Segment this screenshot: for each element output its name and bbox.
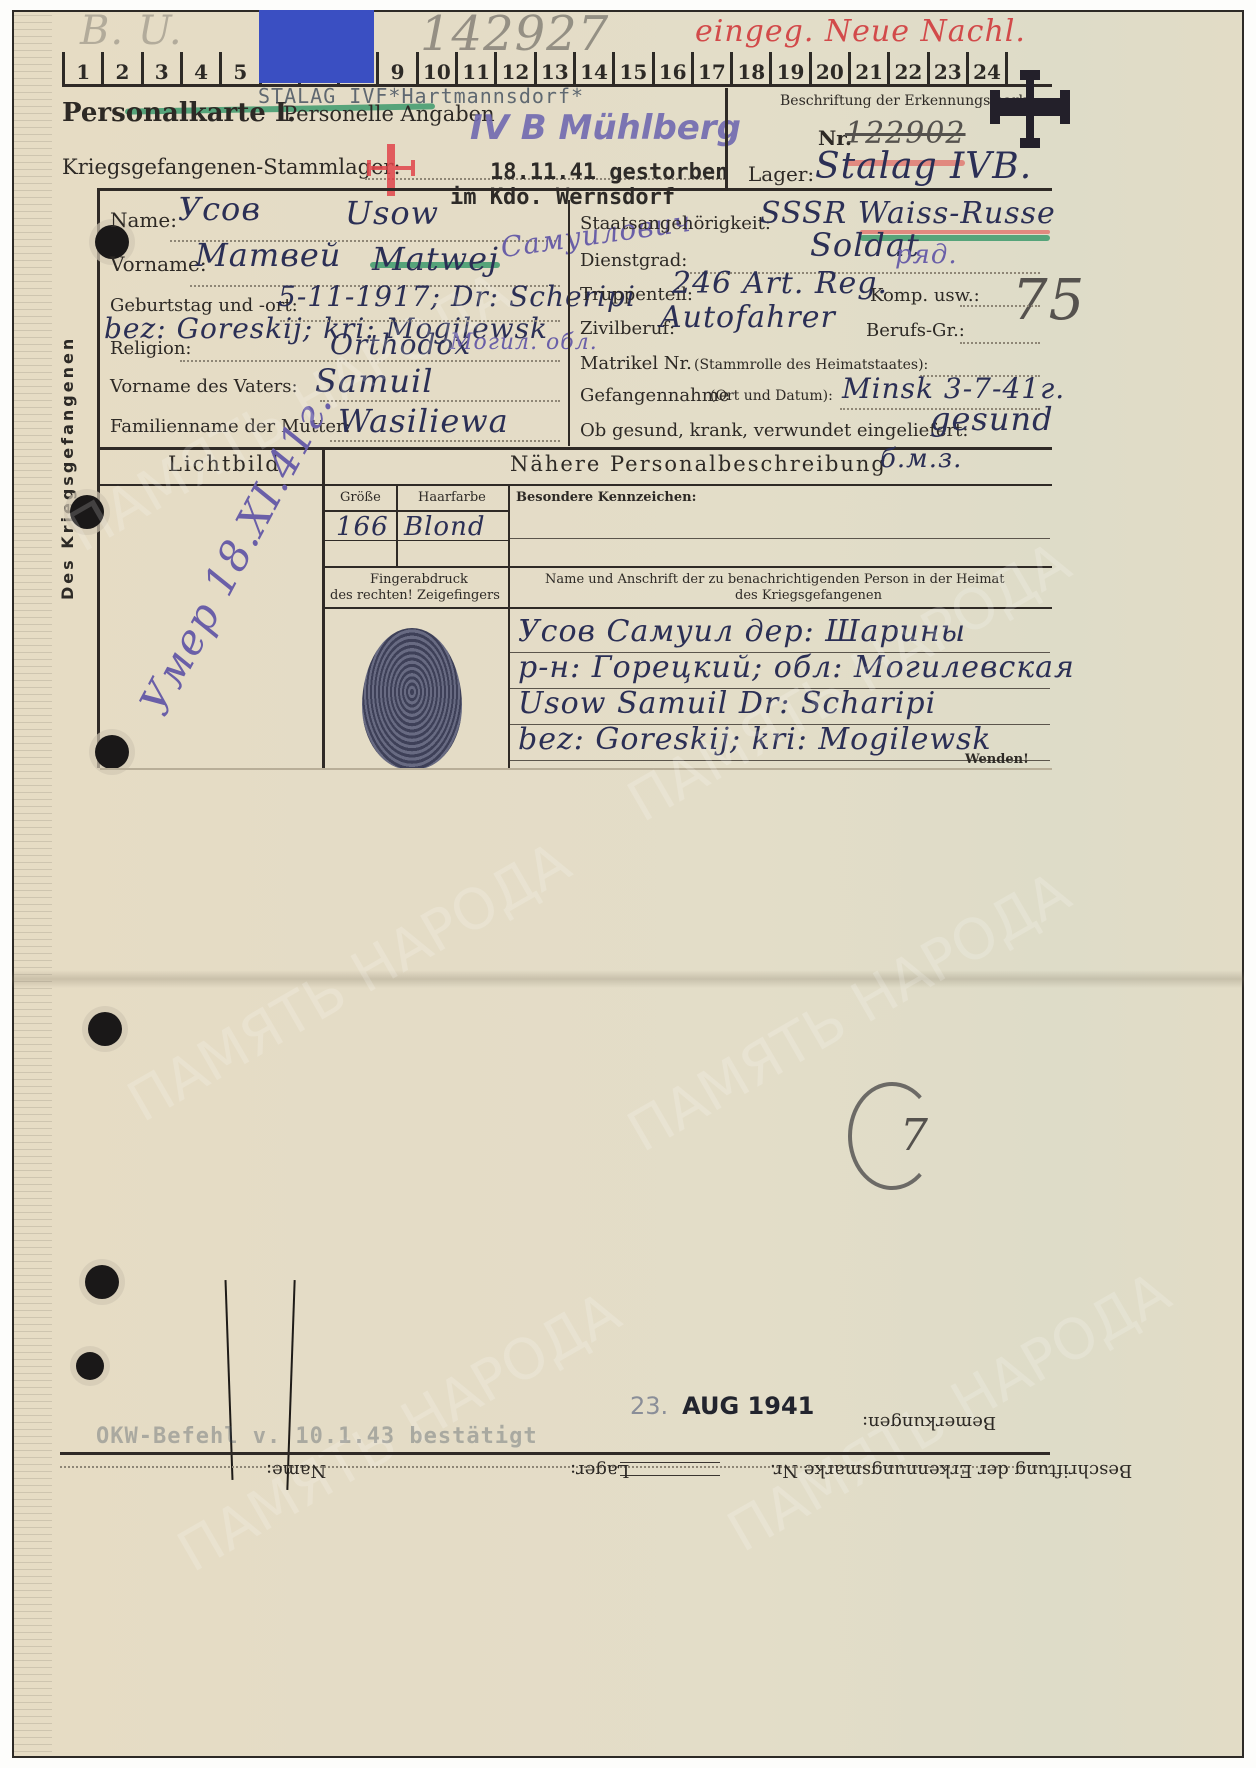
kennzeichen-divider [508,486,510,768]
contact-label-2: des Kriegsgefangenen [735,588,882,603]
zivilberuf-value: Autofahrer [660,300,836,335]
stamp-muehlberg: IV B Mühlberg [470,108,741,148]
strip-cell: 20 [809,52,848,86]
punch-hole [76,1352,104,1380]
strip-cell: 17 [691,52,730,86]
punch-hole [95,735,129,769]
black-cross-stamp-icon [985,68,1075,153]
strip-cell: 21 [848,52,887,86]
haarfarbe-label: Haarfarbe [418,490,486,505]
gefangen-sub: (Ort und Datum): [710,388,833,404]
finger-label-1: Fingerabdruck [370,572,468,587]
contact-label-1: Name und Anschrift der zu benachrichtige… [545,572,1005,587]
personal-divider [568,200,570,446]
handwritten-top-number: 142927 [420,6,609,62]
stammlager-label: Kriegsgefangenen-Stammlager: [62,155,401,179]
strip-cell: 4 [180,52,219,86]
reverse-erkennungsmarke-label: Beschriftung der Erkennungsmarke Nr. [770,1460,1132,1481]
mutter-value: Wasiliewa [338,402,509,440]
name-label: Name: [110,208,177,232]
gefangen-label: Gefangennahme [580,385,729,406]
vorname-cyrillic-value: Матвей [195,236,341,274]
section-title: Nähere Personalbeschreibung [510,452,887,476]
stamp-stalag-hartmannsdorf: STALAG IVF*Hartmannsdorf* [258,84,584,108]
mutter-dots [330,440,560,442]
typed-death-date: 18.11.41 gestorben [490,160,728,185]
kennzeichen-line [510,538,1050,539]
punch-hole [85,1265,119,1299]
berufs-dots [960,342,1040,344]
matrikel-label: Matrikel Nr. [580,353,692,374]
truppenteil-value: 246 Art. Reg. [672,266,888,301]
bemerkungen-label: Bemerkungen: [862,1412,996,1433]
name-cyrillic-value: Усов [178,190,261,228]
strip-cell: 23 [927,52,966,86]
reverse-name-label: Name: [266,1460,326,1481]
gesund-label: Ob gesund, krank, verwundet eingeliefert… [580,420,968,441]
strip-cell: 19 [769,52,808,86]
matrikel-sub: (Stammrolle des Heimatstaates): [694,357,928,373]
blue-tab-marker [259,10,374,83]
section-note: б.м.з. [880,444,962,474]
strip-cell: 18 [730,52,769,86]
kennzeichen-label: Besondere Kennzeichen: [516,490,696,505]
komp-value: 75 [1012,268,1085,333]
date-stamp-value: AUG 1941 [682,1392,814,1420]
haarfarbe-value: Blond [404,512,485,542]
lager-label: Lager: [748,162,814,186]
reverse-lager-label: Lager: [570,1460,630,1481]
groesse-value-line [324,540,508,541]
staat-label: Staatsangehörigkeit: [580,213,771,234]
strip-cell: 5 [219,52,258,86]
finger-label-2: des rechten! Zeigefingers [330,588,500,603]
fold-crease [12,970,1244,988]
okw-stamp: OKW-Befehl v. 10.1.43 bestätigt [96,1424,538,1449]
berufs-label: Berufs-Gr.: [866,320,965,341]
left-border-line [97,188,100,768]
komp-dots [960,305,1040,307]
finger-top-line [324,566,1052,568]
strip-cell: 1 [62,52,101,86]
punch-hole [88,1012,122,1046]
vorname-label: Vorname: [110,252,207,276]
strip-cell: 22 [887,52,926,86]
strip-cell: 15 [612,52,651,86]
wenden-label: Wenden! [965,752,1029,767]
name-latin-value: Usow [345,194,439,232]
strip-cell: 3 [141,52,180,86]
reverse-divider-line [60,1452,1050,1455]
handwritten-red-note: eingeg. Neue Nachl. [695,14,1026,49]
handwritten-faint-top: B. U. [80,8,183,54]
header-divider [725,88,728,188]
reverse-nr-lines [620,1462,720,1476]
dienstgrad-note: ряд. [895,240,958,270]
komp-label: Komp. usw.: [870,285,980,306]
gesund-value: gesund [930,400,1054,438]
strip-cell: 2 [101,52,140,86]
groesse-value: 166 [336,512,389,542]
groesse-divider [396,486,398,566]
front-bottom-edge [100,768,1052,770]
religion-label: Religion: [110,338,192,359]
pencil-mark-number: 7 [900,1110,929,1161]
strip-cell: 16 [652,52,691,86]
strip-cell: 9 [376,52,415,86]
date-stamp: 23.AUG 1941 [630,1392,814,1420]
groesse-label: Größe [340,490,381,505]
date-stamp-day: 23. [630,1392,668,1420]
vertical-label: Des Kriegsgefangenen [58,336,77,600]
red-cross-stamp-icon [366,140,416,200]
